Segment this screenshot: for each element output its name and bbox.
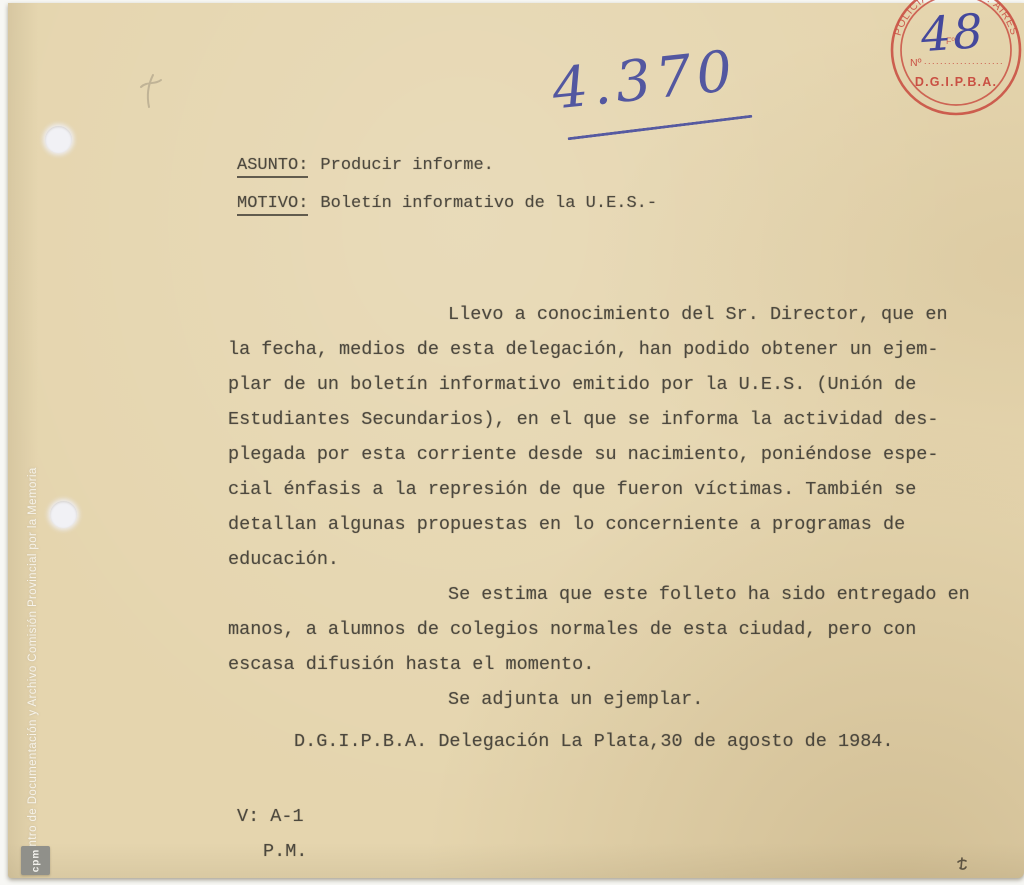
stamp-n-label: Nº [910,57,922,69]
subject-line: ASUNTO:Producir informe. [237,156,494,175]
body-line: Se adjunta un ejemplar. [228,682,970,717]
body-line: educación. [228,542,970,577]
motive-label: MOTIVO: [237,194,308,216]
body-line: plegada por esta corriente desde su naci… [228,437,970,472]
archive-strip-label: Centro de Documentación y Archivo Comisi… [27,380,44,862]
body-line: detallan algunas propuestas en lo concer… [228,507,970,542]
body-line: cial énfasis a la represión de que fuero… [228,472,970,507]
body-line: la fecha, medios de esta delegación, han… [228,332,970,367]
subject-label: ASUNTO: [237,156,308,178]
body-line: Llevo a conocimiento del Sr. Director, q… [228,297,970,332]
pencil-mark [138,72,164,112]
subject-text: Producir informe. [320,156,493,175]
body-line: manos, a alumnos de colegios normales de… [228,612,970,647]
stamp-org-label: D.G.I.P.B.A. [915,75,997,89]
cpm-logo-text: cpm [30,849,41,873]
stamp-handwritten-number: 48 [919,4,986,63]
ink-speck [956,857,968,871]
footer-reference: V: A-1 [237,806,304,827]
body-line: plar de un boletín informativo emitido p… [228,367,970,402]
punch-hole-top [45,126,72,153]
motive-text: Boletín informativo de la U.E.S.- [320,194,657,213]
cpm-logo: cpm [21,846,50,875]
footer-initials: P.M. [263,841,307,862]
body-line: Estudiantes Secundarios), en el que se i… [228,402,970,437]
body-paragraphs: Llevo a conocimiento del Sr. Director, q… [228,297,970,717]
body-line: Se estima que este folleto ha sido entre… [228,577,970,612]
motive-line: MOTIVO:Boletín informativo de la U.E.S.- [237,194,657,213]
punch-hole-bottom [50,501,77,528]
date-line: D.G.I.P.B.A. Delegación La Plata,30 de a… [294,731,894,752]
body-line: escasa difusión hasta el momento. [228,647,970,682]
